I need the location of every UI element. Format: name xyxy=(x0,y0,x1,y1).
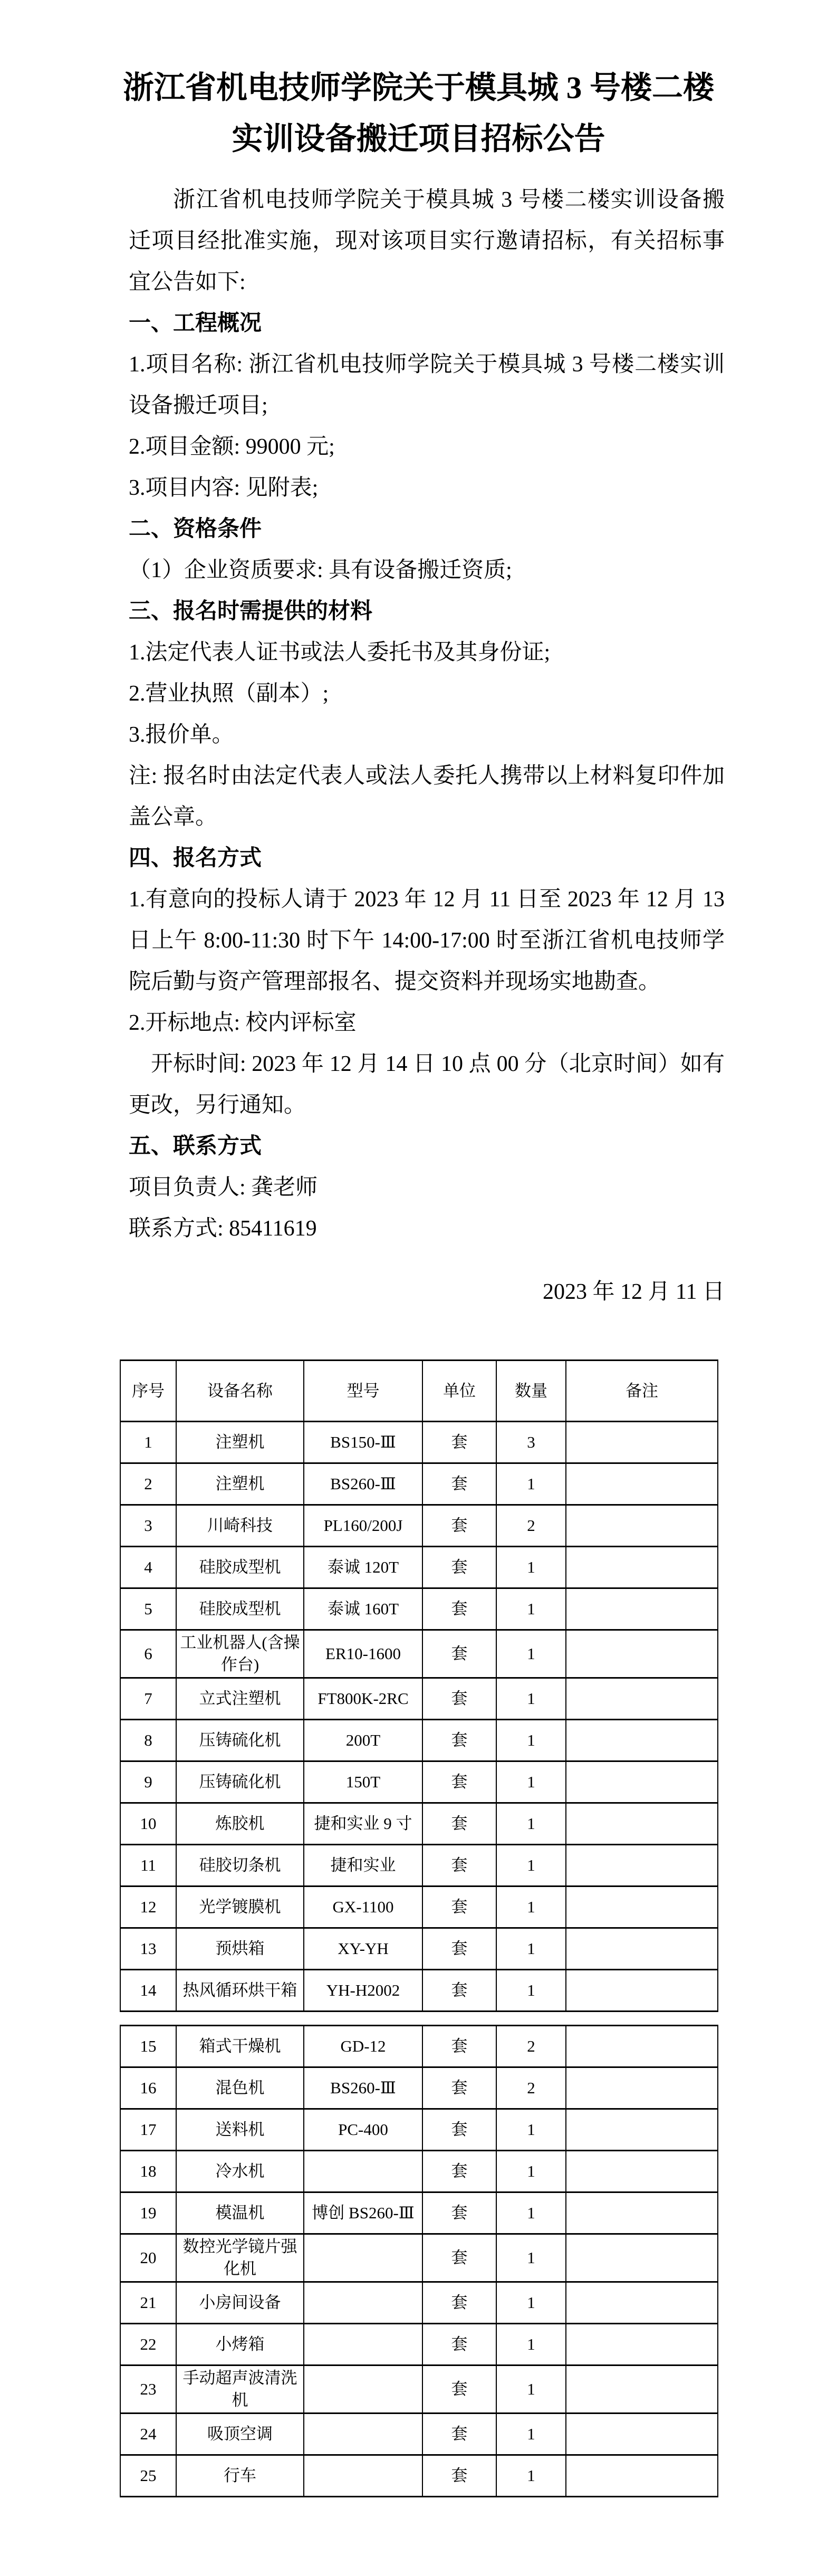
table-cell xyxy=(304,2324,422,2366)
table-cell: BS150-Ⅲ xyxy=(304,1422,422,1463)
table-cell: 硅胶切条机 xyxy=(176,1845,304,1886)
column-header: 设备名称 xyxy=(176,1361,304,1422)
table-cell: 套 xyxy=(422,2151,496,2192)
table-cell: 小房间设备 xyxy=(176,2282,304,2324)
document-title: 浙江省机电技师学院关于模具城 3 号楼二楼 实训设备搬迁项目招标公告 xyxy=(0,0,837,165)
table-cell: 1 xyxy=(496,1886,566,1928)
table-cell: 套 xyxy=(422,2282,496,2324)
table-cell xyxy=(304,2366,422,2414)
paragraph-plain: 3.报价单。 xyxy=(129,714,725,755)
table-cell: 23 xyxy=(120,2366,176,2414)
table-cell: 2 xyxy=(496,2067,566,2109)
table-cell: 1 xyxy=(496,1588,566,1630)
table-cell: 压铸硫化机 xyxy=(176,1761,304,1803)
table-row: 7立式注塑机FT800K-2RC套1 xyxy=(120,1678,718,1720)
table-cell: 压铸硫化机 xyxy=(176,1720,304,1761)
table-row: 15箱式干燥机GD-12套2 xyxy=(120,2026,718,2067)
table-cell xyxy=(566,1720,718,1761)
table-cell xyxy=(566,2192,718,2234)
column-header: 型号 xyxy=(304,1361,422,1422)
column-header: 单位 xyxy=(422,1361,496,1422)
document-date-row: 2023 年 12 月 11 日 xyxy=(129,1271,725,1313)
table-cell: 泰诚 120T xyxy=(304,1547,422,1588)
column-header: 序号 xyxy=(120,1361,176,1422)
table-cell: 套 xyxy=(422,1630,496,1678)
table-cell: 1 xyxy=(496,1970,566,2012)
table-cell xyxy=(566,1928,718,1970)
table-cell: 21 xyxy=(120,2282,176,2324)
table-cell: 捷和实业 xyxy=(304,1845,422,1886)
table-cell: 12 xyxy=(120,1886,176,1928)
table-cell: XY-YH xyxy=(304,1928,422,1970)
table-cell: 22 xyxy=(120,2324,176,2366)
table-cell: 9 xyxy=(120,1761,176,1803)
table-cell xyxy=(304,2414,422,2455)
table-cell xyxy=(566,1803,718,1845)
table-cell: 手动超声波清洗机 xyxy=(176,2366,304,2414)
table-cell: 套 xyxy=(422,1761,496,1803)
table-cell: 1 xyxy=(496,1720,566,1761)
table-cell xyxy=(566,1422,718,1463)
table-cell: 1 xyxy=(120,1422,176,1463)
paragraph-plain: 2.营业执照（副本）; xyxy=(129,673,725,714)
table-cell: 博创 BS260-Ⅲ xyxy=(304,2192,422,2234)
table-cell: 7 xyxy=(120,1678,176,1720)
table-cell xyxy=(304,2151,422,2192)
table-row: 6工业机器人(含操作台)ER10-1600套1 xyxy=(120,1630,718,1678)
table-cell: 10 xyxy=(120,1803,176,1845)
table-cell: 1 xyxy=(496,1928,566,1970)
table-cell xyxy=(566,2282,718,2324)
document-body: 浙江省机电技师学院关于模具城 3 号楼二楼实训设备搬迁项目经批准实施，现对该项目… xyxy=(129,179,725,1249)
table-cell: 小烤箱 xyxy=(176,2324,304,2366)
table-cell: 套 xyxy=(422,1928,496,1970)
table-row: 21小房间设备套1 xyxy=(120,2282,718,2324)
equipment-table-part1: 序号设备名称型号单位数量备注1注塑机BS150-Ⅲ套32注塑机BS260-Ⅲ套1… xyxy=(120,1359,718,2012)
table-cell: 200T xyxy=(304,1720,422,1761)
table-row: 24吸顶空调套1 xyxy=(120,2414,718,2455)
table-cell: 热风循环烘干箱 xyxy=(176,1970,304,2012)
table-row: 20数控光学镜片强化机套1 xyxy=(120,2234,718,2282)
table-cell: 套 xyxy=(422,2324,496,2366)
paragraph-indent1: 开标时间: 2023 年 12 月 14 日 10 点 00 分（北京时间）如有… xyxy=(129,1043,725,1126)
table-cell: 1 xyxy=(496,1845,566,1886)
table-cell: 13 xyxy=(120,1928,176,1970)
table-cell xyxy=(566,1547,718,1588)
table-cell xyxy=(566,2109,718,2151)
table-row: 12光学镀膜机GX-1100套1 xyxy=(120,1886,718,1928)
table-header-row: 序号设备名称型号单位数量备注 xyxy=(120,1361,718,1422)
table-cell: 捷和实业 9 寸 xyxy=(304,1803,422,1845)
table-cell: 箱式干燥机 xyxy=(176,2026,304,2067)
table-cell: 1 xyxy=(496,1630,566,1678)
table-cell: 2 xyxy=(496,1505,566,1547)
table-cell xyxy=(566,1886,718,1928)
paragraph-heading: 三、报名时需提供的材料 xyxy=(129,591,725,632)
table-cell xyxy=(566,1588,718,1630)
paragraph-plain: 2.开标地点: 校内评标室 xyxy=(129,1002,725,1043)
table-cell: 19 xyxy=(120,2192,176,2234)
paragraph-plain: （1）企业资质要求: 具有设备搬迁资质; xyxy=(129,550,725,591)
table-cell xyxy=(566,2324,718,2366)
table-cell xyxy=(566,2455,718,2497)
table-cell: 1 xyxy=(496,2151,566,2192)
table-cell: 硅胶成型机 xyxy=(176,1547,304,1588)
table-cell: 150T xyxy=(304,1761,422,1803)
table-cell: 18 xyxy=(120,2151,176,2192)
paragraph-plain: 3.项目内容: 见附表; xyxy=(129,467,725,509)
table-cell: 套 xyxy=(422,2366,496,2414)
table-cell: 1 xyxy=(496,2414,566,2455)
table-cell xyxy=(566,2067,718,2109)
table-cell: 套 xyxy=(422,1588,496,1630)
table-cell: 工业机器人(含操作台) xyxy=(176,1630,304,1678)
paragraph-plain: 2.项目金额: 99000 元; xyxy=(129,426,725,467)
table-row: 3川崎科技PL160/200J套2 xyxy=(120,1505,718,1547)
table-cell: 17 xyxy=(120,2109,176,2151)
table-cell: 套 xyxy=(422,1422,496,1463)
table-cell: 1 xyxy=(496,1761,566,1803)
table-cell: GD-12 xyxy=(304,2026,422,2067)
column-header: 数量 xyxy=(496,1361,566,1422)
table-cell xyxy=(566,1845,718,1886)
paragraph-heading: 四、报名方式 xyxy=(129,838,725,879)
table-cell xyxy=(566,2026,718,2067)
page: 浙江省机电技师学院关于模具城 3 号楼二楼 实训设备搬迁项目招标公告 浙江省机电… xyxy=(0,0,837,2576)
table-cell: 6 xyxy=(120,1630,176,1678)
table-cell: 1 xyxy=(496,2109,566,2151)
table-cell xyxy=(304,2455,422,2497)
table-cell: 套 xyxy=(422,1505,496,1547)
table-cell: 数控光学镜片强化机 xyxy=(176,2234,304,2282)
table-cell: 1 xyxy=(496,2234,566,2282)
table-cell: 预烘箱 xyxy=(176,1928,304,1970)
column-header: 备注 xyxy=(566,1361,718,1422)
table-cell: 1 xyxy=(496,2282,566,2324)
table-cell: 送料机 xyxy=(176,2109,304,2151)
table-cell xyxy=(566,1970,718,2012)
table-cell: ER10-1600 xyxy=(304,1630,422,1678)
table-row: 4硅胶成型机泰诚 120T套1 xyxy=(120,1547,718,1588)
table-cell: 混色机 xyxy=(176,2067,304,2109)
paragraph-heading: 二、资格条件 xyxy=(129,509,725,550)
table-cell: 20 xyxy=(120,2234,176,2282)
table-cell xyxy=(566,2151,718,2192)
table-cell: PL160/200J xyxy=(304,1505,422,1547)
table-cell: 光学镀膜机 xyxy=(176,1886,304,1928)
table-cell: 8 xyxy=(120,1720,176,1761)
table-cell: 24 xyxy=(120,2414,176,2455)
table-cell: 套 xyxy=(422,2026,496,2067)
table-cell: BS260-Ⅲ xyxy=(304,1463,422,1505)
table-cell: 注塑机 xyxy=(176,1463,304,1505)
table-cell xyxy=(566,1463,718,1505)
table-cell: 2 xyxy=(120,1463,176,1505)
table-cell: 2 xyxy=(496,2026,566,2067)
table-cell xyxy=(566,2414,718,2455)
table-cell: 1 xyxy=(496,1547,566,1588)
table-cell xyxy=(566,1761,718,1803)
paragraph-plain: 注: 报名时由法定代表人或法人委托人携带以上材料复印件加盖公章。 xyxy=(129,755,725,838)
table-cell: 4 xyxy=(120,1547,176,1588)
table-cell: 套 xyxy=(422,1720,496,1761)
table-row: 8压铸硫化机200T套1 xyxy=(120,1720,718,1761)
table-row: 5硅胶成型机泰诚 160T套1 xyxy=(120,1588,718,1630)
table-row: 25行车套1 xyxy=(120,2455,718,2497)
paragraph-plain: 1.法定代表人证书或法人委托书及其身份证; xyxy=(129,632,725,673)
document-title-line1: 浙江省机电技师学院关于模具城 3 号楼二楼 xyxy=(0,62,837,113)
table-cell: 套 xyxy=(422,2234,496,2282)
table-cell: 25 xyxy=(120,2455,176,2497)
table-cell xyxy=(566,1505,718,1547)
table-cell: 16 xyxy=(120,2067,176,2109)
paragraph-plain: 联系方式: 85411619 xyxy=(129,1208,725,1249)
table-cell: 冷水机 xyxy=(176,2151,304,2192)
table-row: 9压铸硫化机150T套1 xyxy=(120,1761,718,1803)
table-row: 16混色机BS260-Ⅲ套2 xyxy=(120,2067,718,2109)
table-cell: YH-H2002 xyxy=(304,1970,422,2012)
document-date: 2023 年 12 月 11 日 xyxy=(129,1271,725,1313)
table-cell: 1 xyxy=(496,2324,566,2366)
table-cell: 泰诚 160T xyxy=(304,1588,422,1630)
table-cell: 套 xyxy=(422,1970,496,2012)
table-cell: 1 xyxy=(496,1803,566,1845)
table-cell: PC-400 xyxy=(304,2109,422,2151)
table-cell: FT800K-2RC xyxy=(304,1678,422,1720)
table-cell: 3 xyxy=(496,1422,566,1463)
table-row: 19模温机博创 BS260-Ⅲ套1 xyxy=(120,2192,718,2234)
table-cell: BS260-Ⅲ xyxy=(304,2067,422,2109)
table-row: 10炼胶机捷和实业 9 寸套1 xyxy=(120,1803,718,1845)
paragraph-heading: 一、工程概况 xyxy=(129,303,725,344)
table-cell: 1 xyxy=(496,2455,566,2497)
table-cell: 套 xyxy=(422,1886,496,1928)
table-cell xyxy=(304,2234,422,2282)
table-cell: 1 xyxy=(496,2366,566,2414)
table-cell: 行车 xyxy=(176,2455,304,2497)
table-cell: 14 xyxy=(120,1970,176,2012)
table-row: 23手动超声波清洗机套1 xyxy=(120,2366,718,2414)
table-cell xyxy=(304,2282,422,2324)
table-cell xyxy=(566,2366,718,2414)
table-cell: 立式注塑机 xyxy=(176,1678,304,1720)
equipment-table-part2: 15箱式干燥机GD-12套216混色机BS260-Ⅲ套217送料机PC-400套… xyxy=(120,2025,718,2497)
table-cell: 套 xyxy=(422,1678,496,1720)
table-row: 2注塑机BS260-Ⅲ套1 xyxy=(120,1463,718,1505)
table-cell xyxy=(566,1678,718,1720)
table-row: 22小烤箱套1 xyxy=(120,2324,718,2366)
table-cell: 套 xyxy=(422,1803,496,1845)
table-cell: 套 xyxy=(422,2067,496,2109)
table-row: 14热风循环烘干箱YH-H2002套1 xyxy=(120,1970,718,2012)
paragraph-plain: 1.有意向的投标人请于 2023 年 12 月 11 日至 2023 年 12 … xyxy=(129,879,725,1002)
table-cell: GX-1100 xyxy=(304,1886,422,1928)
table-cell: 套 xyxy=(422,2414,496,2455)
table-cell: 套 xyxy=(422,1845,496,1886)
table-cell: 炼胶机 xyxy=(176,1803,304,1845)
table-row: 11硅胶切条机捷和实业套1 xyxy=(120,1845,718,1886)
table-cell xyxy=(566,1630,718,1678)
table-cell: 3 xyxy=(120,1505,176,1547)
table-cell: 模温机 xyxy=(176,2192,304,2234)
table-row: 17送料机PC-400套1 xyxy=(120,2109,718,2151)
table-row: 1注塑机BS150-Ⅲ套3 xyxy=(120,1422,718,1463)
table-cell: 11 xyxy=(120,1845,176,1886)
table-cell: 1 xyxy=(496,2192,566,2234)
table-row: 13预烘箱XY-YH套1 xyxy=(120,1928,718,1970)
table-cell: 5 xyxy=(120,1588,176,1630)
table-cell: 套 xyxy=(422,1547,496,1588)
table-cell: 套 xyxy=(422,1463,496,1505)
paragraph-plain: 1.项目名称: 浙江省机电技师学院关于模具城 3 号楼二楼实训设备搬迁项目; xyxy=(129,344,725,426)
table-cell: 15 xyxy=(120,2026,176,2067)
paragraph-heading: 五、联系方式 xyxy=(129,1126,725,1167)
table-cell: 硅胶成型机 xyxy=(176,1588,304,1630)
table-cell: 套 xyxy=(422,2192,496,2234)
table-cell: 川崎科技 xyxy=(176,1505,304,1547)
paragraph-plain: 项目负责人: 龚老师 xyxy=(129,1167,725,1208)
table-cell: 套 xyxy=(422,2455,496,2497)
table-cell: 1 xyxy=(496,1463,566,1505)
table-cell: 吸顶空调 xyxy=(176,2414,304,2455)
table-row: 18冷水机套1 xyxy=(120,2151,718,2192)
paragraph-indent2: 浙江省机电技师学院关于模具城 3 号楼二楼实训设备搬迁项目经批准实施，现对该项目… xyxy=(129,179,725,303)
table-cell: 套 xyxy=(422,2109,496,2151)
table-cell xyxy=(566,2234,718,2282)
table-cell: 1 xyxy=(496,1678,566,1720)
document-title-line2: 实训设备搬迁项目招标公告 xyxy=(0,113,837,165)
table-cell: 注塑机 xyxy=(176,1422,304,1463)
